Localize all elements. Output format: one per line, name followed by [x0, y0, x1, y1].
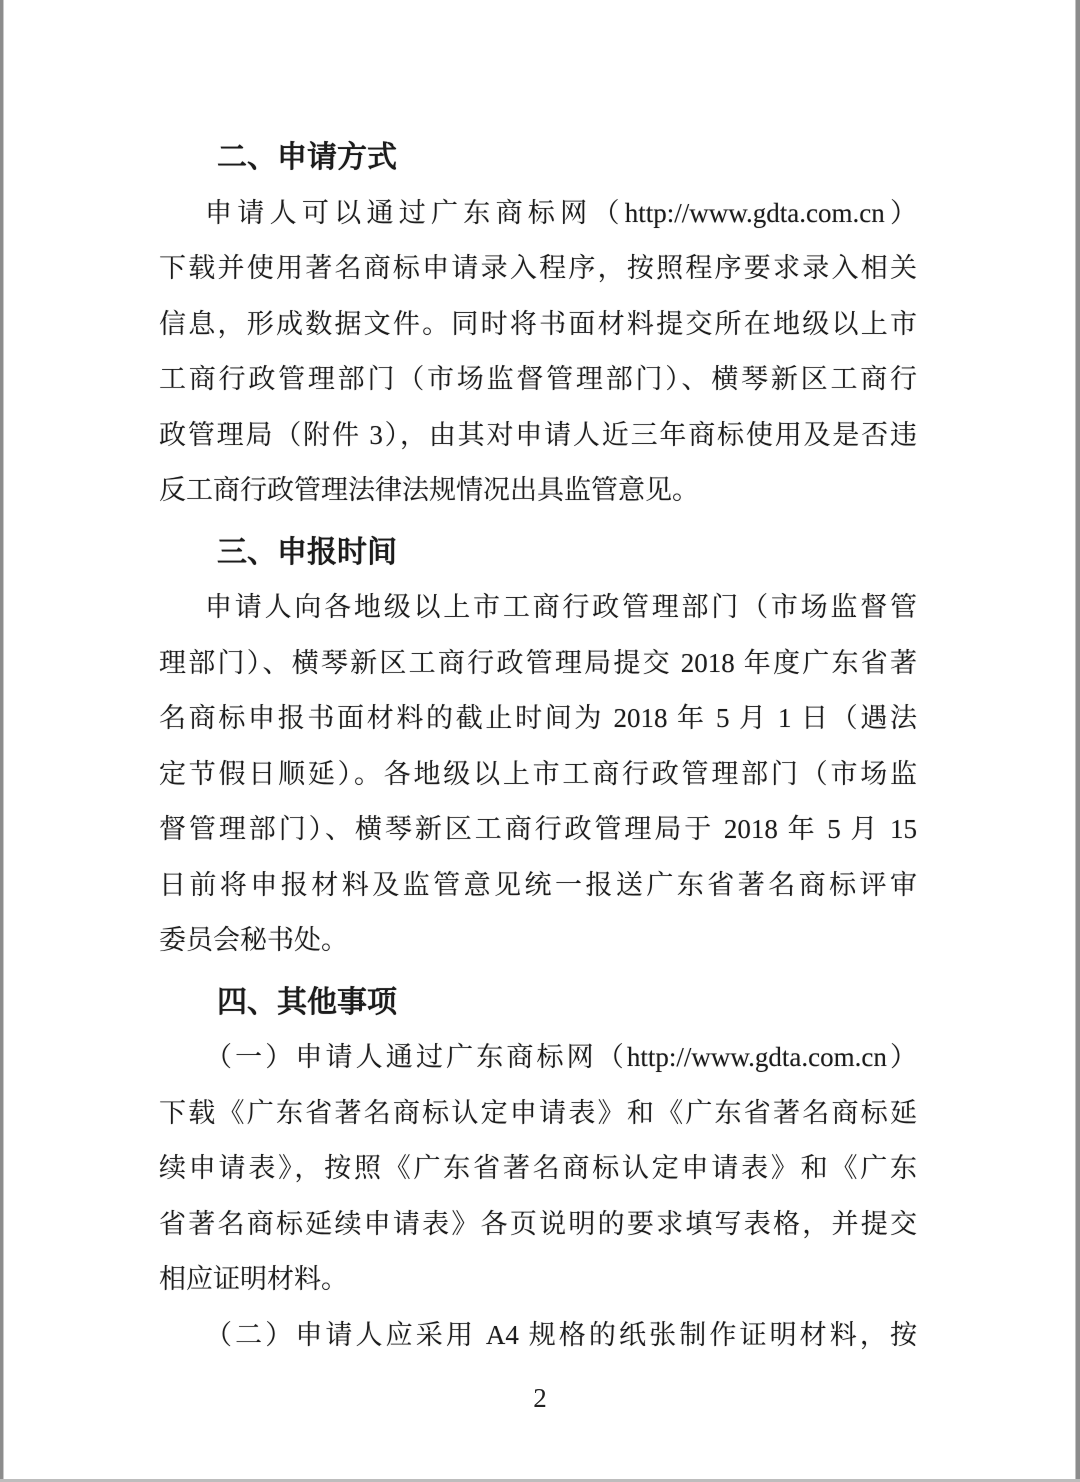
text-line: 定节假日顺延）。各地级以上市工商行政管理部门（市场监 — [159, 747, 917, 803]
text-line: 省著名商标延续申请表》各页说明的要求填写表格，并提交 — [159, 1197, 917, 1253]
text-line: 下载并使用著名商标申请录入程序，按照程序要求录入相关 — [159, 241, 917, 297]
text-line: 日前将申报材料及监管意见统一报送广东省著名商标评审 — [159, 858, 917, 914]
text-line: 工商行政管理部门（市场监督管理部门）、横琴新区工商行 — [159, 352, 917, 408]
section-heading-other-matters: 四、其他事项 — [159, 975, 917, 1031]
text-line: 政管理局（附件 3），由其对申请人近三年商标使用及是否违 — [159, 408, 917, 464]
document-body: 二、申请方式 申请人可以通过广东商标网（http://www.gdta.com.… — [159, 124, 917, 1363]
text-line: 督管理部门）、横琴新区工商行政管理局于 2018 年 5 月 15 — [159, 802, 917, 858]
scan-edge-left — [0, 0, 4, 1482]
text-line: 理部门）、横琴新区工商行政管理局提交 2018 年度广东省著 — [159, 636, 917, 692]
text-line: （一）申请人通过广东商标网（http://www.gdta.com.cn） — [159, 1030, 917, 1086]
text-line: 下载《广东省著名商标认定申请表》和《广东省著名商标延 — [159, 1086, 917, 1142]
document-page: 二、申请方式 申请人可以通过广东商标网（http://www.gdta.com.… — [0, 0, 1080, 1482]
text-line: 申请人可以通过广东商标网（http://www.gdta.com.cn） — [159, 186, 917, 242]
text-line: 名商标申报书面材料的截止时间为 2018 年 5 月 1 日（遇法 — [159, 691, 917, 747]
text-line: 信息，形成数据文件。同时将书面材料提交所在地级以上市 — [159, 297, 917, 353]
text-line: 续申请表》，按照《广东省著名商标认定申请表》和《广东 — [159, 1141, 917, 1197]
page-number: 2 — [0, 1380, 1080, 1416]
text-line: 申请人向各地级以上市工商行政管理部门（市场监督管 — [159, 580, 917, 636]
scan-edge-right — [1075, 0, 1080, 1482]
section-heading-filing-time: 三、申报时间 — [159, 525, 917, 581]
text-line: 委员会秘书处。 — [159, 913, 917, 969]
text-line: 相应证明材料。 — [159, 1252, 917, 1308]
text-line: （二）申请人应采用 A4 规格的纸张制作证明材料，按 — [159, 1308, 917, 1364]
text-line: 反工商行政管理法律法规情况出具监管意见。 — [159, 463, 917, 519]
section-heading-application-method: 二、申请方式 — [159, 130, 917, 186]
